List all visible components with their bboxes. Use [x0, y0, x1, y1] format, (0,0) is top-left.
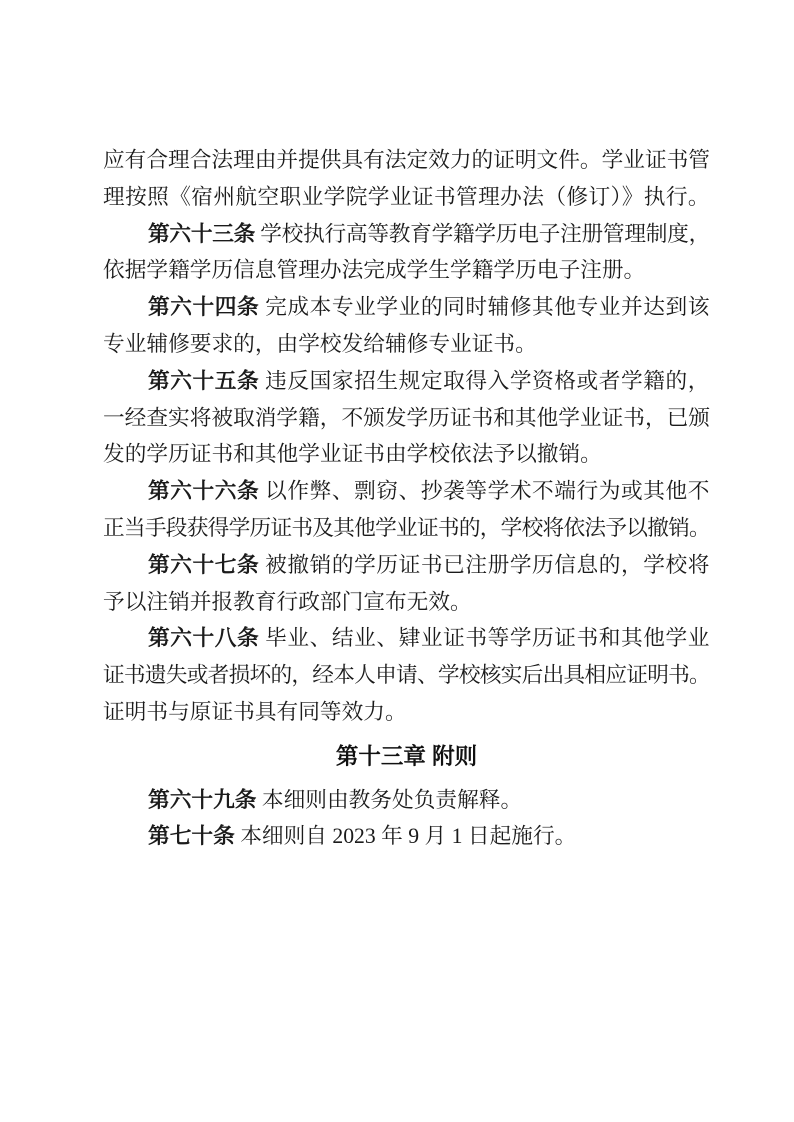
- line-text: 第六十九条 本细则由教务处负责解释。: [148, 782, 522, 819]
- line-text: 第六十三条 学校执行高等教育学籍学历电子注册管理制度，: [148, 216, 710, 253]
- article-number: 第六十六条: [148, 479, 259, 503]
- body-text: 以作弊、剽窃、抄袭等学术不端行为或其他不: [259, 479, 710, 503]
- body-text: 发的学历证书和其他学业证书由学校依法予以撤销。: [103, 442, 602, 466]
- line-text: 专业辅修要求的，由学校发给辅修专业证书。: [103, 326, 537, 363]
- body-text: 毕业、结业、肄业证书等学历证书和其他学业: [259, 626, 710, 650]
- line-text: 正当手段获得学历证书及其他学业证书的，学校将依法予以撤销。: [103, 510, 710, 547]
- article-number: 第七十条: [148, 824, 235, 848]
- line-text: 予以注销并报教育行政部门宣布无效。: [103, 584, 472, 621]
- document-line: 第六十四条 完成本专业学业的同时辅修其他专业并达到该: [103, 289, 710, 326]
- line-text: 第六十五条 违反国家招生规定取得入学资格或者学籍的，: [148, 363, 710, 400]
- document-line: 发的学历证书和其他学业证书由学校依法予以撤销。: [103, 436, 710, 473]
- document-body: 应有合理合法理由并提供具有法定效力的证明文件。学业证书管理按照《宿州航空职业学院…: [103, 142, 710, 855]
- document-line: 专业辅修要求的，由学校发给辅修专业证书。: [103, 326, 710, 363]
- line-text: 依据学籍学历信息管理办法完成学生学籍学历电子注册。: [103, 252, 645, 289]
- body-text: 证书遗失或者损坏的，经本人申请、学校核实后出具相应证明书。: [103, 663, 710, 687]
- body-text: 违反国家招生规定取得入学资格或者学籍的，: [259, 369, 710, 393]
- line-text: 第六十六条 以作弊、剽窃、抄袭等学术不端行为或其他不: [148, 473, 710, 510]
- body-text: 依据学籍学历信息管理办法完成学生学籍学历电子注册。: [103, 258, 645, 282]
- document-line: 理按照《宿州航空职业学院学业证书管理办法（修订）》执行。: [103, 179, 710, 216]
- article-number: 第六十三条: [148, 222, 255, 246]
- chapter-heading: 第十三章 附则: [103, 739, 710, 776]
- line-text: 理按照《宿州航空职业学院学业证书管理办法（修订）》执行。: [103, 179, 710, 216]
- body-text: 应有合理合法理由并提供具有法定效力的证明文件。学业证书管: [103, 148, 710, 172]
- body-text: 理按照《宿州航空职业学院学业证书管理办法（修订）》执行。: [103, 185, 710, 209]
- document-line: 第六十六条 以作弊、剽窃、抄袭等学术不端行为或其他不: [103, 473, 710, 510]
- document-line: 第六十七条 被撤销的学历证书已注册学历信息的，学校将: [103, 547, 710, 584]
- document-page: 应有合理合法理由并提供具有法定效力的证明文件。学业证书管理按照《宿州航空职业学院…: [0, 0, 794, 1122]
- line-text: 第六十八条 毕业、结业、肄业证书等学历证书和其他学业: [148, 620, 710, 657]
- article-number: 第六十五条: [148, 369, 259, 393]
- document-line: 正当手段获得学历证书及其他学业证书的，学校将依法予以撤销。: [103, 510, 710, 547]
- document-line: 第六十九条 本细则由教务处负责解释。: [103, 782, 710, 819]
- body-text: 正当手段获得学历证书及其他学业证书的，学校将依法予以撤销。: [103, 516, 710, 540]
- document-line: 一经查实将被取消学籍，不颁发学历证书和其他学业证书，已颁: [103, 400, 710, 437]
- line-text: 发的学历证书和其他学业证书由学校依法予以撤销。: [103, 436, 602, 473]
- article-number: 第六十八条: [148, 626, 259, 650]
- line-text: 证书遗失或者损坏的，经本人申请、学校核实后出具相应证明书。: [103, 657, 710, 694]
- body-text: 专业辅修要求的，由学校发给辅修专业证书。: [103, 332, 537, 356]
- body-text: 予以注销并报教育行政部门宣布无效。: [103, 590, 472, 614]
- article-number: 第六十七条: [148, 553, 259, 577]
- line-text: 第六十七条 被撤销的学历证书已注册学历信息的，学校将: [148, 547, 710, 584]
- document-line: 第六十五条 违反国家招生规定取得入学资格或者学籍的，: [103, 363, 710, 400]
- document-line: 第六十三条 学校执行高等教育学籍学历电子注册管理制度，: [103, 216, 710, 253]
- document-line: 第七十条 本细则自 2023 年 9 月 1 日起施行。: [103, 818, 710, 855]
- line-text: 第六十四条 完成本专业学业的同时辅修其他专业并达到该: [148, 289, 710, 326]
- line-text: 应有合理合法理由并提供具有法定效力的证明文件。学业证书管: [103, 142, 710, 179]
- document-line: 证书遗失或者损坏的，经本人申请、学校核实后出具相应证明书。: [103, 657, 710, 694]
- line-text: 第七十条 本细则自 2023 年 9 月 1 日起施行。: [148, 818, 576, 855]
- body-text: 完成本专业学业的同时辅修其他专业并达到该: [259, 295, 710, 319]
- body-text: 一经查实将被取消学籍，不颁发学历证书和其他学业证书，已颁: [103, 406, 710, 430]
- body-text: 本细则由教务处负责解释。: [256, 788, 522, 812]
- article-number: 第六十九条: [148, 788, 256, 812]
- document-line: 依据学籍学历信息管理办法完成学生学籍学历电子注册。: [103, 252, 710, 289]
- body-text: 本细则自 2023 年 9 月 1 日起施行。: [235, 824, 577, 848]
- line-text: 一经查实将被取消学籍，不颁发学历证书和其他学业证书，已颁: [103, 400, 710, 437]
- body-text: 被撤销的学历证书已注册学历信息的，学校将: [259, 553, 710, 577]
- document-line: 第六十八条 毕业、结业、肄业证书等学历证书和其他学业: [103, 620, 710, 657]
- document-line: 证明书与原证书具有同等效力。: [103, 694, 710, 731]
- article-number: 第六十四条: [148, 295, 259, 319]
- document-line: 应有合理合法理由并提供具有法定效力的证明文件。学业证书管: [103, 142, 710, 179]
- line-text: 证明书与原证书具有同等效力。: [103, 694, 407, 731]
- body-text: 证明书与原证书具有同等效力。: [103, 700, 407, 724]
- document-line: 予以注销并报教育行政部门宣布无效。: [103, 584, 710, 621]
- body-text: 学校执行高等教育学籍学历电子注册管理制度，: [255, 222, 710, 246]
